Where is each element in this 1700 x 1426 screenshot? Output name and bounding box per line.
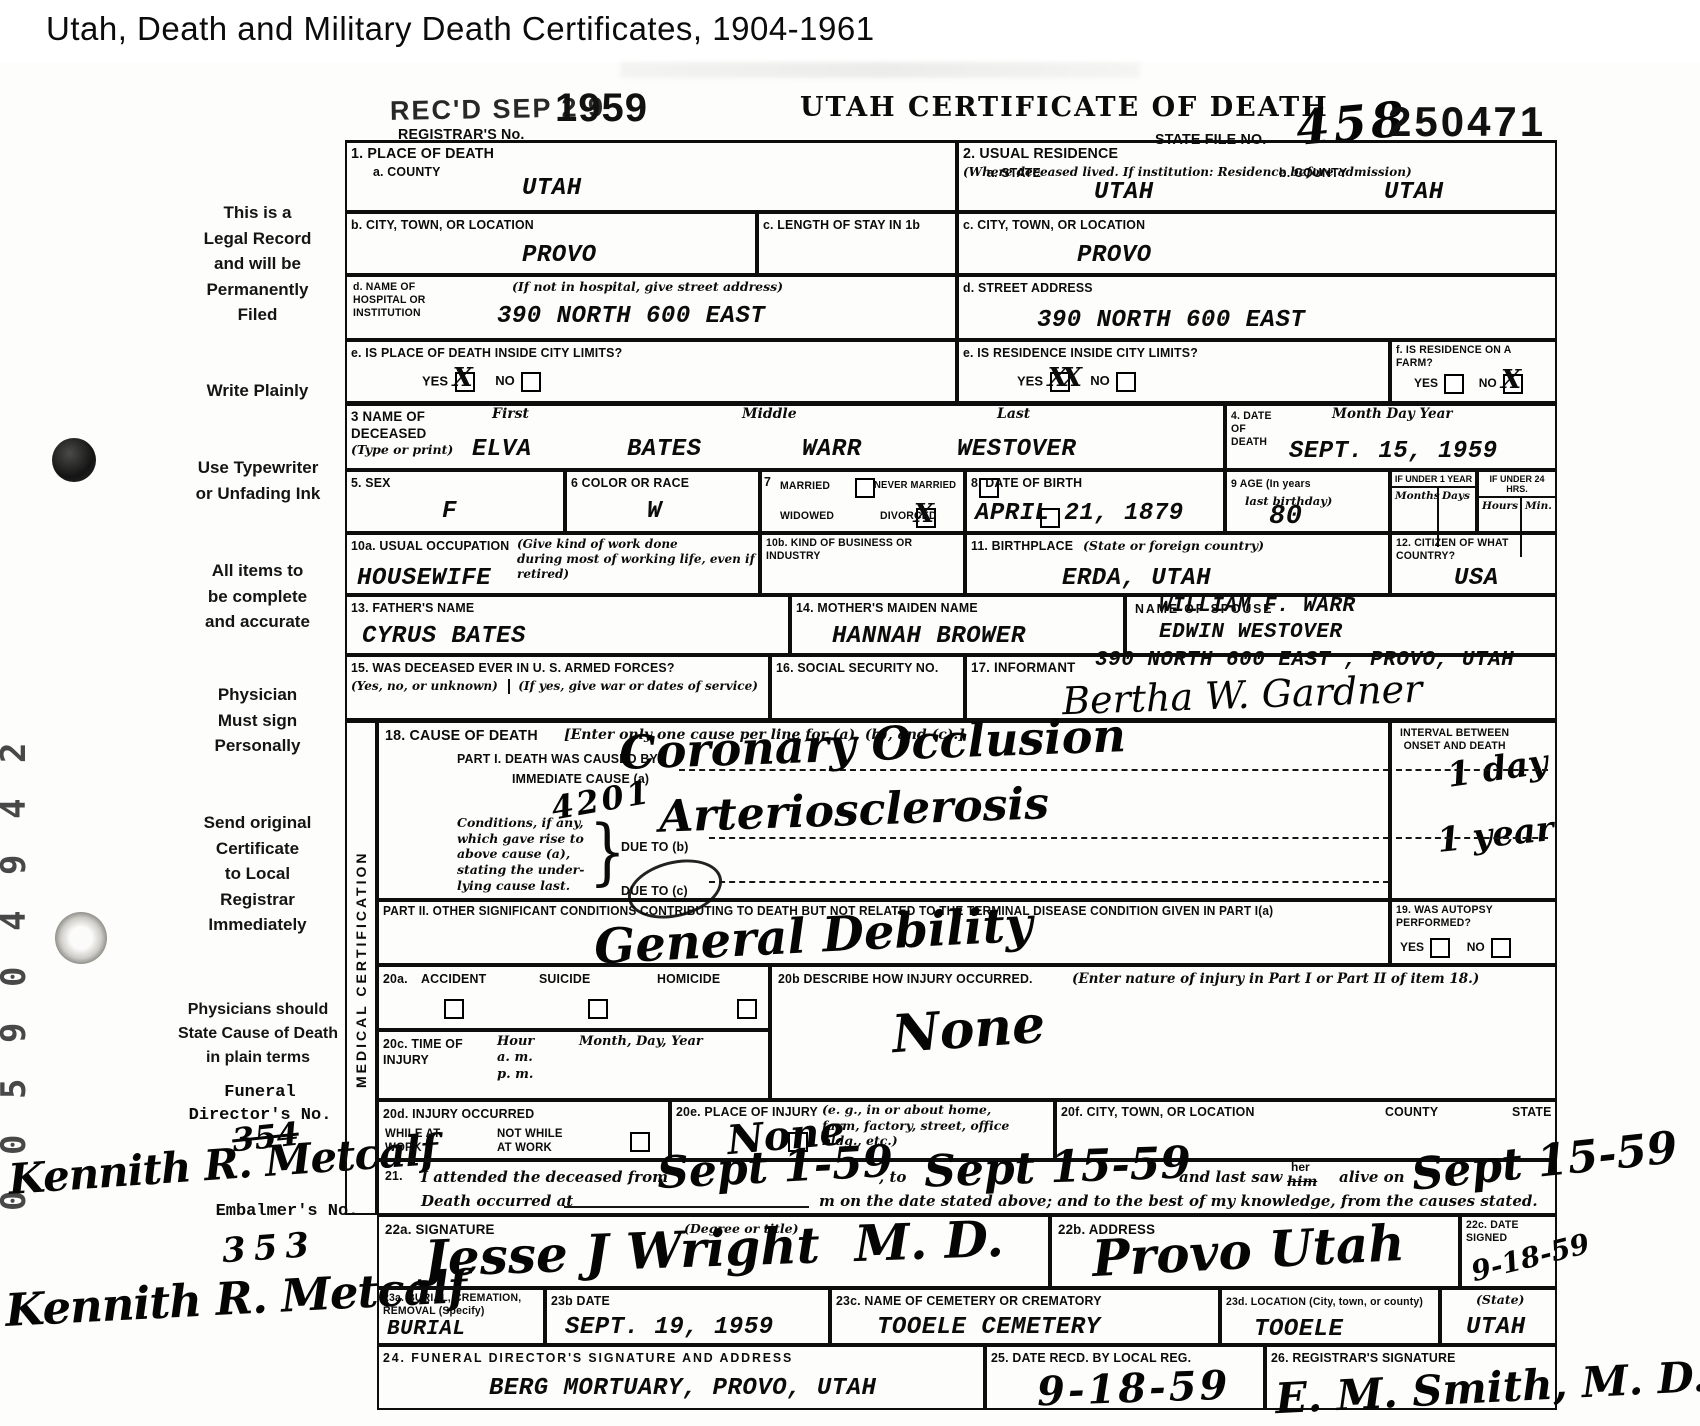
burial-date-value: SEPT. 19, 1959 xyxy=(565,1314,774,1341)
county-value: UTAH xyxy=(522,175,582,202)
vertical-stamp-number: 2 4 9 4 0 9 5 0 0 xyxy=(2,715,42,1219)
attended-to-value: Sept 15-59 xyxy=(923,1137,1192,1197)
death-certificate-page: { "page": {"title": "Utah, Death and Mil… xyxy=(0,0,1700,1426)
injury-city-label: 20f. CITY, TOWN, OR LOCATION xyxy=(1061,1104,1255,1120)
widowed-label: WIDOWED xyxy=(780,510,834,523)
field-if-under-1-year: IF UNDER 1 YEAR Months Days xyxy=(1390,470,1477,533)
last-name-value: WESTOVER xyxy=(957,436,1076,463)
cause-of-death-label: 18. CAUSE OF DEATH xyxy=(385,727,538,745)
field-burial-date: 23b DATE SEPT. 19, 1959 xyxy=(545,1288,830,1345)
married-label: MARRIED xyxy=(780,480,830,493)
no-label: NO xyxy=(495,373,515,388)
yes-label: YES xyxy=(1414,376,1438,390)
informant-address-typed: 390 NORTH 600 EAST , PROVO, UTAH xyxy=(1095,649,1514,672)
cause-c-line xyxy=(709,881,1389,883)
margin-typewriter: Use Typewriter or Unfading Ink xyxy=(148,455,368,506)
cemetery-name-value: TOOELE CEMETERY xyxy=(877,1314,1101,1341)
physician-signature-value: Jesse J Wright M. D. xyxy=(423,1209,1004,1288)
age-label: 9 AGE (In years xyxy=(1231,478,1311,491)
county-label: a. COUNTY xyxy=(373,164,441,180)
field-burial-type: 23a. BURIAL, CREMATION, REMOVAL (Specify… xyxy=(377,1288,545,1345)
citizen-label: 12. CITIZEN OF WHAT COUNTRY? xyxy=(1396,537,1543,563)
field-autopsy: 19. WAS AUTOPSY PERFORMED? YES NO xyxy=(1390,900,1557,965)
injury-state-label: STATE xyxy=(1512,1104,1552,1120)
injury-occurred-label: 20d. INJURY OCCURRED xyxy=(383,1106,534,1122)
field-date-of-birth: 8. DATE OF BIRTH APRIL 21, 1879 xyxy=(965,470,1225,533)
middle-name1-value: BATES xyxy=(627,436,702,463)
hour-ampm-label: Hour a. m. p. m. xyxy=(497,1034,534,1083)
field-accident-suicide-homicide: 20a. ACCIDENT SUICIDE HOMICIDE xyxy=(377,965,770,1030)
describe-injury-value: None xyxy=(890,994,1047,1066)
never-married-label: NEVER MARRIED xyxy=(874,480,956,492)
stamp-digit: 2 xyxy=(0,723,50,763)
field-residence-city-limits: e. IS RESIDENCE INSIDE CITY LIMITS? YES … xyxy=(957,340,1390,403)
yes-check-mark: XX xyxy=(1048,363,1076,393)
burial-type-label: 23a. BURIAL, CREMATION, REMOVAL (Specify… xyxy=(383,1292,521,1318)
middle-name2-value: WARR xyxy=(802,436,862,463)
stamp-digit: 9 xyxy=(0,1003,50,1043)
hospital-value: 390 NORTH 600 EAST xyxy=(497,303,765,330)
residence-county-value: UTAH xyxy=(1384,179,1444,206)
time-of-injury-label: 20c. TIME OF INJURY xyxy=(383,1036,463,1067)
field-usual-occupation: 10a. USUAL OCCUPATION (Give kind of work… xyxy=(345,533,760,595)
field-length-of-stay: c. LENGTH OF STAY IN 1b xyxy=(757,212,957,275)
business-label: 10b. KIND OF BUSINESS OR INDUSTRY xyxy=(766,537,949,563)
informant-label: 17. INFORMANT xyxy=(971,659,1075,676)
date-of-birth-label: 8. DATE OF BIRTH xyxy=(971,475,1082,491)
field-attendance-statement: 21. I attended the deceased from Sept 1-… xyxy=(377,1160,1557,1215)
date-of-death-columns: Month Day Year xyxy=(1332,406,1452,423)
residence-farm-label: f. IS RESIDENCE ON A FARM? xyxy=(1396,344,1543,370)
days-label: Days xyxy=(1442,490,1470,503)
field-place-of-death-county: 1. PLACE OF DEATH a. COUNTY UTAH xyxy=(345,140,957,212)
date-of-death-label: 4. DATE OF DEATH xyxy=(1231,410,1272,450)
interval-b-line xyxy=(1396,837,1548,839)
hospital-hint: (If not in hospital, give street address… xyxy=(512,279,783,295)
field-name-of-deceased: 3 NAME OF DECEASED (Type or print) First… xyxy=(345,403,1225,470)
margin-all-items: All items to be complete and accurate xyxy=(160,558,355,635)
age-value: 80 xyxy=(1269,502,1302,532)
hospital-label: d. NAME OF HOSPITAL OR INSTITUTION xyxy=(353,281,426,321)
residence-city-limits-answer: YES XX NO xyxy=(1017,372,1139,392)
no-checkbox xyxy=(1116,372,1136,392)
first-name-value: ELVA xyxy=(472,436,532,463)
conditions-note: Conditions, if any, which gave rise to a… xyxy=(457,815,584,893)
margin-legal-record: This is a Legal Record and will be Perma… xyxy=(165,200,350,328)
section1-title: 1. PLACE OF DEATH xyxy=(351,145,494,163)
accident-checkbox xyxy=(444,999,464,1019)
cemetery-location-label: 23d. LOCATION (City, town, or county) xyxy=(1226,1296,1423,1309)
mother-name-label: 14. MOTHER'S MAIDEN NAME xyxy=(796,600,978,616)
accident-row-number: 20a. xyxy=(383,971,408,987)
field-color-or-race: 6 COLOR OR RACE W xyxy=(565,470,760,533)
cause-b-value: Arteriosclerosis xyxy=(658,778,1049,843)
causes-stated-text: m on the date stated above; and to the b… xyxy=(819,1192,1538,1211)
birthplace-label: 11. BIRTHPLACE xyxy=(971,538,1073,554)
father-name-value: CYRUS BATES xyxy=(362,623,526,650)
autopsy-label: 19. WAS AUTOPSY PERFORMED? xyxy=(1396,904,1493,930)
field-physician-address: 22b. ADDRESS Provo Utah xyxy=(1050,1215,1460,1288)
sex-value: F xyxy=(442,498,457,525)
residence-street-value: 390 NORTH 600 EAST xyxy=(1037,307,1305,334)
field-injury-occurred: 20d. INJURY OCCURRED WHILE AT WORK NOT W… xyxy=(377,1100,670,1160)
spouse-value-1: WILLIAM F. WARR xyxy=(1159,595,1356,618)
medical-certification-label: MEDICAL CERTIFICATION xyxy=(353,729,369,1209)
burial-type-value: BURIAL xyxy=(387,1318,466,1341)
cemetery-location-value: TOOELE xyxy=(1254,1316,1343,1343)
field-physician-signature: 22a. SIGNATURE (Degree or title) Jesse J… xyxy=(377,1215,1050,1288)
him-struck: him xyxy=(1287,1174,1317,1192)
hole-punch-bottom xyxy=(55,912,107,964)
armed-forces-sub2: (If yes, give war or dates of service) xyxy=(508,679,758,694)
no-checkbox xyxy=(1491,938,1511,958)
field-interval-onset-death: INTERVAL BETWEEN ONSET AND DEATH 1 day 1… xyxy=(1390,720,1557,900)
field-describe-injury: 20b DESCRIBE HOW INJURY OCCURRED. (Enter… xyxy=(770,965,1557,1100)
field-date-received: 25. DATE RECD. BY LOCAL REG. 9-18-59 xyxy=(985,1345,1265,1410)
yes-label: YES xyxy=(422,373,448,388)
field-mother-maiden-name: 14. MOTHER'S MAIDEN NAME HANNAH BROWER xyxy=(790,595,1125,655)
margin-plain-terms: Physicians should State Cause of Death i… xyxy=(138,998,378,1070)
yes-checkbox: X xyxy=(455,372,475,392)
date-of-birth-value: APRIL 21, 1879 xyxy=(975,500,1184,527)
birthplace-hint: (State or foreign country) xyxy=(1083,538,1264,554)
field-residence-state-county: 2. USUAL RESIDENCE (Where deceased lived… xyxy=(957,140,1557,212)
death-occurred-blank xyxy=(564,1206,809,1208)
cemetery-state-value: UTAH xyxy=(1466,1314,1526,1341)
months-label: Months xyxy=(1395,490,1440,503)
residence-state-value: UTAH xyxy=(1094,179,1154,206)
stamp-digit: 0 xyxy=(0,947,50,987)
homicide-label: HOMICIDE xyxy=(657,971,720,987)
suicide-label: SUICIDE xyxy=(539,971,590,987)
medical-certification-strip: MEDICAL CERTIFICATION xyxy=(345,720,377,1215)
birthplace-value: ERDA, UTAH xyxy=(1062,565,1211,592)
last-saw-text: and last saw xyxy=(1179,1168,1282,1187)
min-label: Min. xyxy=(1525,500,1552,513)
date-received-value: 9-18-59 xyxy=(1036,1362,1231,1416)
field-sex: 5. SEX F xyxy=(345,470,565,533)
stamp-digit: 4 xyxy=(0,779,50,819)
suicide-checkbox xyxy=(588,999,608,1019)
field-registrar-signature: 26. REGISTRAR'S SIGNATURE E. M. Smith, M… xyxy=(1265,1345,1557,1410)
armed-forces-label: 15. WAS DECEASED EVER IN U. S. ARMED FOR… xyxy=(351,660,675,676)
yes-checkbox xyxy=(1444,374,1464,394)
interval-b-value: 1 year xyxy=(1435,809,1555,861)
state-file-no-stamp: 250471 xyxy=(1388,98,1546,146)
field-armed-forces: 15. WAS DECEASED EVER IN U. S. ARMED FOR… xyxy=(345,655,770,720)
section2-title: 2. USUAL RESIDENCE xyxy=(963,145,1118,163)
describe-injury-hint: (Enter nature of injury in Part I or Par… xyxy=(1072,971,1479,988)
residence-city-value: PROVO xyxy=(1077,242,1152,269)
death-city-limits-label: e. IS PLACE OF DEATH INSIDE CITY LIMITS? xyxy=(351,345,622,361)
marital-number: 7 xyxy=(764,474,771,490)
social-security-label: 16. SOCIAL SECURITY NO. xyxy=(776,660,938,676)
field-father-name: 13. FATHER'S NAME CYRUS BATES xyxy=(345,595,790,655)
field-hospital-name: d. NAME OF HOSPITAL OR INSTITUTION (If n… xyxy=(345,275,957,340)
page-title: Utah, Death and Military Death Certifica… xyxy=(46,10,875,48)
date-of-death-value: SEPT. 15, 1959 xyxy=(1289,438,1498,465)
field-birthplace: 11. BIRTHPLACE (State or foreign country… xyxy=(965,533,1390,595)
no-label: NO xyxy=(1479,376,1497,390)
residence-city-limits-label: e. IS RESIDENCE INSIDE CITY LIMITS? xyxy=(963,345,1198,361)
occupation-value: HOUSEWIFE xyxy=(357,565,491,592)
deceased-name-hint: (Type or print) xyxy=(351,442,453,458)
field-time-of-injury: 20c. TIME OF INJURY Hour a. m. p. m. Mon… xyxy=(377,1030,770,1100)
residence-county-label: b. COUNTY xyxy=(1279,165,1347,181)
margin-send-original: Send original Certificate to Local Regis… xyxy=(170,810,345,938)
under-24-hrs-header: IF UNDER 24 HRS. xyxy=(1479,472,1555,498)
field-marital-status: 7 MARRIED NEVER MARRIED WIDOWED X DIVORC… xyxy=(760,470,965,533)
armed-forces-sub1: (Yes, no, or unknown) xyxy=(351,679,498,694)
month-day-year-label: Month, Day, Year xyxy=(579,1034,703,1050)
funeral-director-label: 24. FUNERAL DIRECTOR'S SIGNATURE AND ADD… xyxy=(383,1350,793,1366)
not-while-at-work-label: NOT WHILE AT WORK xyxy=(497,1126,563,1155)
field-death-city: b. CITY, TOWN, OR LOCATION PROVO xyxy=(345,212,757,275)
margin-write-plainly: Write Plainly xyxy=(165,378,350,404)
field-other-significant-conditions: PART II. OTHER SIGNIFICANT CONDITIONS CO… xyxy=(377,900,1390,965)
field-if-under-24-hrs: IF UNDER 24 HRS. Hours Min. xyxy=(1477,470,1557,533)
middle-column-header: Middle xyxy=(742,406,797,424)
occupation-label: 10a. USUAL OCCUPATION xyxy=(351,538,509,554)
father-name-label: 13. FATHER'S NAME xyxy=(351,600,474,616)
spouse-value-2: EDWIN WESTOVER xyxy=(1159,621,1342,644)
death-city-label: b. CITY, TOWN, OR LOCATION xyxy=(351,217,534,233)
residence-street-label: d. STREET ADDRESS xyxy=(963,280,1093,296)
hole-punch-top xyxy=(52,438,96,482)
describe-injury-label: 20b DESCRIBE HOW INJURY OCCURRED. xyxy=(778,971,1033,987)
race-value: W xyxy=(647,498,662,525)
interval-a-line xyxy=(1396,769,1548,771)
while-at-work-checkbox xyxy=(630,1132,650,1152)
stamp-digit: 0 xyxy=(0,1171,50,1211)
stamp-digit: 5 xyxy=(0,1059,50,1099)
mother-name-value: HANNAH BROWER xyxy=(832,623,1026,650)
field-cemetery-name: 23c. NAME OF CEMETERY OR CREMATORY TOOEL… xyxy=(830,1288,1220,1345)
field-residence-city: c. CITY, TOWN, OR LOCATION PROVO xyxy=(957,212,1557,275)
field-business-industry: 10b. KIND OF BUSINESS OR INDUSTRY xyxy=(760,533,965,595)
under-1-year-header: IF UNDER 1 YEAR xyxy=(1392,472,1475,488)
race-label: 6 COLOR OR RACE xyxy=(571,475,689,491)
yes-checkbox xyxy=(1430,938,1450,958)
form-title: UTAH CERTIFICATE OF DEATH xyxy=(800,92,1329,123)
stamp-digit: 9 xyxy=(0,835,50,875)
field-cemetery-state: (State) UTAH xyxy=(1440,1288,1557,1345)
field-death-city-limits: e. IS PLACE OF DEATH INSIDE CITY LIMITS?… xyxy=(345,340,957,403)
scan-smudge xyxy=(620,62,1140,78)
occupation-hint: (Give kind of work done during most of w… xyxy=(517,537,758,582)
field-date-signed: 22c. DATE SIGNED 9-18-59 xyxy=(1460,1215,1557,1288)
death-occurred-text: Death occurred at xyxy=(421,1192,573,1211)
residence-state-label: a. STATE xyxy=(987,165,1041,181)
attended-to-text: , to xyxy=(879,1168,906,1187)
embalmer-no-value: 353 xyxy=(221,1225,319,1272)
stamp-digit: 0 xyxy=(0,1115,50,1155)
citizen-value: USA xyxy=(1454,565,1499,592)
field-cemetery-location: 23d. LOCATION (City, town, or county) TO… xyxy=(1220,1288,1440,1345)
last-column-header: Last xyxy=(997,406,1030,424)
her-typed: her xyxy=(1291,1160,1310,1174)
received-year-stamp: 1959 xyxy=(555,86,648,131)
cemetery-name-label: 23c. NAME OF CEMETERY OR CREMATORY xyxy=(836,1293,1102,1309)
no-checkbox: X xyxy=(1503,374,1523,394)
attended-from-value: Sept 1-59 xyxy=(656,1136,895,1199)
field-residence-street: d. STREET ADDRESS 390 NORTH 600 EAST xyxy=(957,275,1557,340)
margin-physician-sign: Physician Must sign Personally xyxy=(175,682,340,759)
residence-farm-answer: YES NO X xyxy=(1414,374,1526,394)
accident-label: ACCIDENT xyxy=(421,971,486,987)
married-checkbox xyxy=(855,478,875,498)
first-column-header: First xyxy=(492,406,529,424)
deceased-name-label: 3 NAME OF DECEASED xyxy=(351,408,426,442)
autopsy-answer: YES NO xyxy=(1400,938,1514,958)
attended-from-text: I attended the deceased from xyxy=(421,1168,668,1187)
sex-label: 5. SEX xyxy=(351,475,391,491)
statement-number: 21. xyxy=(385,1168,403,1184)
no-label: NO xyxy=(1467,940,1485,954)
injury-county-label: COUNTY xyxy=(1385,1104,1438,1120)
death-city-limits-answer: YES X NO xyxy=(422,372,544,392)
burial-date-label: 23b DATE xyxy=(551,1293,610,1309)
cemetery-state-label: (State) xyxy=(1476,1292,1524,1308)
no-checkbox xyxy=(521,372,541,392)
funeral-director-value: BERG MORTUARY, PROVO, UTAH xyxy=(489,1375,876,1402)
no-label: NO xyxy=(1090,373,1110,388)
homicide-checkbox xyxy=(737,999,757,1019)
field-citizen-of: 12. CITIZEN OF WHAT COUNTRY? USA xyxy=(1390,533,1557,595)
field-residence-farm: f. IS RESIDENCE ON A FARM? YES NO X xyxy=(1390,340,1557,403)
divorced-label: DIVORCED xyxy=(880,510,937,523)
field-age: 9 AGE (In years last birthday) 80 xyxy=(1225,470,1390,533)
yes-label: YES xyxy=(1400,940,1424,954)
field-funeral-director: 24. FUNERAL DIRECTOR'S SIGNATURE AND ADD… xyxy=(377,1345,985,1410)
alive-on-text: alive on xyxy=(1339,1168,1405,1187)
field-name-of-spouse: NAME OF SPOUSE WILLIAM F. WARR EDWIN WES… xyxy=(1125,595,1557,655)
stamp-digit: 4 xyxy=(0,891,50,931)
residence-city-label: c. CITY, TOWN, OR LOCATION xyxy=(963,217,1145,233)
length-of-stay-label: c. LENGTH OF STAY IN 1b xyxy=(763,217,920,233)
field-social-security: 16. SOCIAL SECURITY NO. xyxy=(770,655,965,720)
registrar-signature-label: 26. REGISTRAR'S SIGNATURE xyxy=(1271,1350,1456,1366)
no-check-mark: X xyxy=(1501,365,1515,395)
death-city-value: PROVO xyxy=(522,242,597,269)
field-cause-of-death: 18. CAUSE OF DEATH [Enter only one cause… xyxy=(377,720,1390,900)
yes-label: YES xyxy=(1017,373,1043,388)
yes-checkbox: XX xyxy=(1050,372,1070,392)
yes-check-mark: X xyxy=(453,363,467,393)
hours-label: Hours xyxy=(1482,500,1518,513)
while-at-work-label: WHILE AT WORK xyxy=(385,1126,440,1155)
field-date-of-death: 4. DATE OF DEATH Month Day Year SEPT. 15… xyxy=(1225,403,1557,470)
